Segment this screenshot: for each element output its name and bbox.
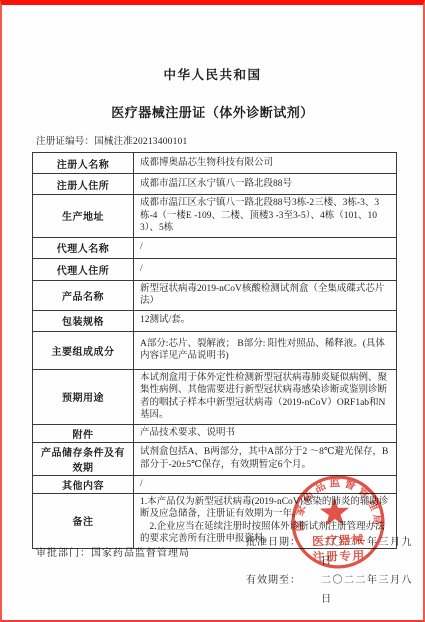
row-label: 代理人住所 xyxy=(33,258,134,280)
row-value: 产品技术要求、说明书 xyxy=(134,424,397,442)
certificate-title: 医疗器械注册证（体外诊断试剂） xyxy=(2,102,423,121)
seal-purpose-line1: 医疗器械 xyxy=(312,533,365,549)
row-value: 本试剂盒用于体外定性检测新型冠状病毒肺炎疑似病例、聚集性病例、其他需要进行新型冠… xyxy=(134,369,397,424)
certificate-page: 中华人民共和国 医疗器械注册证（体外诊断试剂） 注册证编号：国械注准202134… xyxy=(0,0,425,622)
row-label: 主要组成成分 xyxy=(33,331,134,369)
row-value: / xyxy=(134,258,397,280)
valid-until-label: 有效期至： xyxy=(246,571,307,609)
row-label: 产品储存条件及有效期 xyxy=(33,442,134,475)
seal-org-arc-text: 国家药品监督管理局 xyxy=(291,475,385,532)
table-row: 产品名称新型冠状病毒2019-nCoV核酸检测试剂盒（全集成碟式芯片法） xyxy=(33,280,397,310)
row-value: 成都市温江区永宁镇八一路北段88号 xyxy=(134,174,397,195)
row-value: 12测试/套。 xyxy=(134,310,397,331)
row-label: 备注 xyxy=(33,493,134,548)
table-row: 注册人住所成都市温江区永宁镇八一路北段88号 xyxy=(33,174,397,195)
row-value: A部分:芯片、裂解液； B部分: 阳性对照品、稀释液。(具体内容详见产品说明书) xyxy=(134,331,397,369)
row-label: 附件 xyxy=(33,424,134,442)
row-value: 试剂盒包括A、B两部分，其中A部分于2 ～8℃避光保存，B部分于-20±5℃保存… xyxy=(134,442,397,475)
row-value: 新型冠状病毒2019-nCoV核酸检测试剂盒（全集成碟式芯片法） xyxy=(134,280,397,310)
valid-until-line: 有效期至： 二〇二二年三月八日 xyxy=(246,571,423,609)
table-row: 附件产品技术要求、说明书 xyxy=(33,424,397,442)
row-label: 生产地址 xyxy=(33,195,134,238)
registration-number-label: 注册证编号： xyxy=(36,137,94,147)
row-value: / xyxy=(134,237,397,258)
table-row: 代理人名称/ xyxy=(33,237,397,258)
table-row: 预期用途本试剂盒用于体外定性检测新型冠状病毒肺炎疑似病例、聚集性病例、其他需要进… xyxy=(33,369,397,424)
row-value: 成都博奥晶芯生物科技有限公司 xyxy=(134,153,397,174)
table-row: 主要组成成分A部分:芯片、裂解液； B部分: 阳性对照品、稀释液。(具体内容详见… xyxy=(33,331,397,369)
row-label: 注册人名称 xyxy=(33,153,134,174)
registration-number-line: 注册证编号：国械注准20213400101 xyxy=(36,133,187,147)
row-label: 产品名称 xyxy=(33,280,134,310)
country-title: 中华人民共和国 xyxy=(2,65,423,83)
table-row: 注册人名称成都博奥晶芯生物科技有限公司 xyxy=(33,153,397,174)
table-row: 生产地址成都市温江区永宁镇八一路北段88号3栋-2三楼、3栋-3、3栋-4（一楼… xyxy=(33,195,397,238)
row-label: 其他内容 xyxy=(33,475,134,493)
valid-until-value: 二〇二二年三月八日 xyxy=(321,571,423,609)
row-value: 成都市温江区永宁镇八一路北段88号3栋-2三楼、3栋-3、3栋-4（一楼E -1… xyxy=(134,195,397,238)
approval-department-value: 国家药品监督管理局 xyxy=(91,548,190,559)
table-row: 产品储存条件及有效期试剂盒包括A、B两部分，其中A部分于2 ～8℃避光保存，B部… xyxy=(33,442,397,475)
row-label: 预期用途 xyxy=(33,369,134,424)
seal-purpose-line2: 注册专用 xyxy=(312,548,365,564)
table-row: 包装规格12测试/套。 xyxy=(33,310,397,331)
seal-star-icon xyxy=(319,497,349,526)
row-label: 代理人名称 xyxy=(33,237,134,258)
official-seal-stamp: 国家药品监督管理局 医疗器械 注册专用 xyxy=(287,471,388,572)
seal-org-text: 国家药品监督管理局 xyxy=(291,475,385,532)
approval-department-line: 审批部门：国家药品监督管理局 xyxy=(36,544,190,559)
table-row: 代理人住所/ xyxy=(33,258,397,280)
row-label: 注册人住所 xyxy=(33,174,134,195)
registration-number: 国械注准20213400101 xyxy=(94,137,187,147)
approval-department-label: 审批部门： xyxy=(36,548,91,559)
row-label: 包装规格 xyxy=(33,310,134,331)
